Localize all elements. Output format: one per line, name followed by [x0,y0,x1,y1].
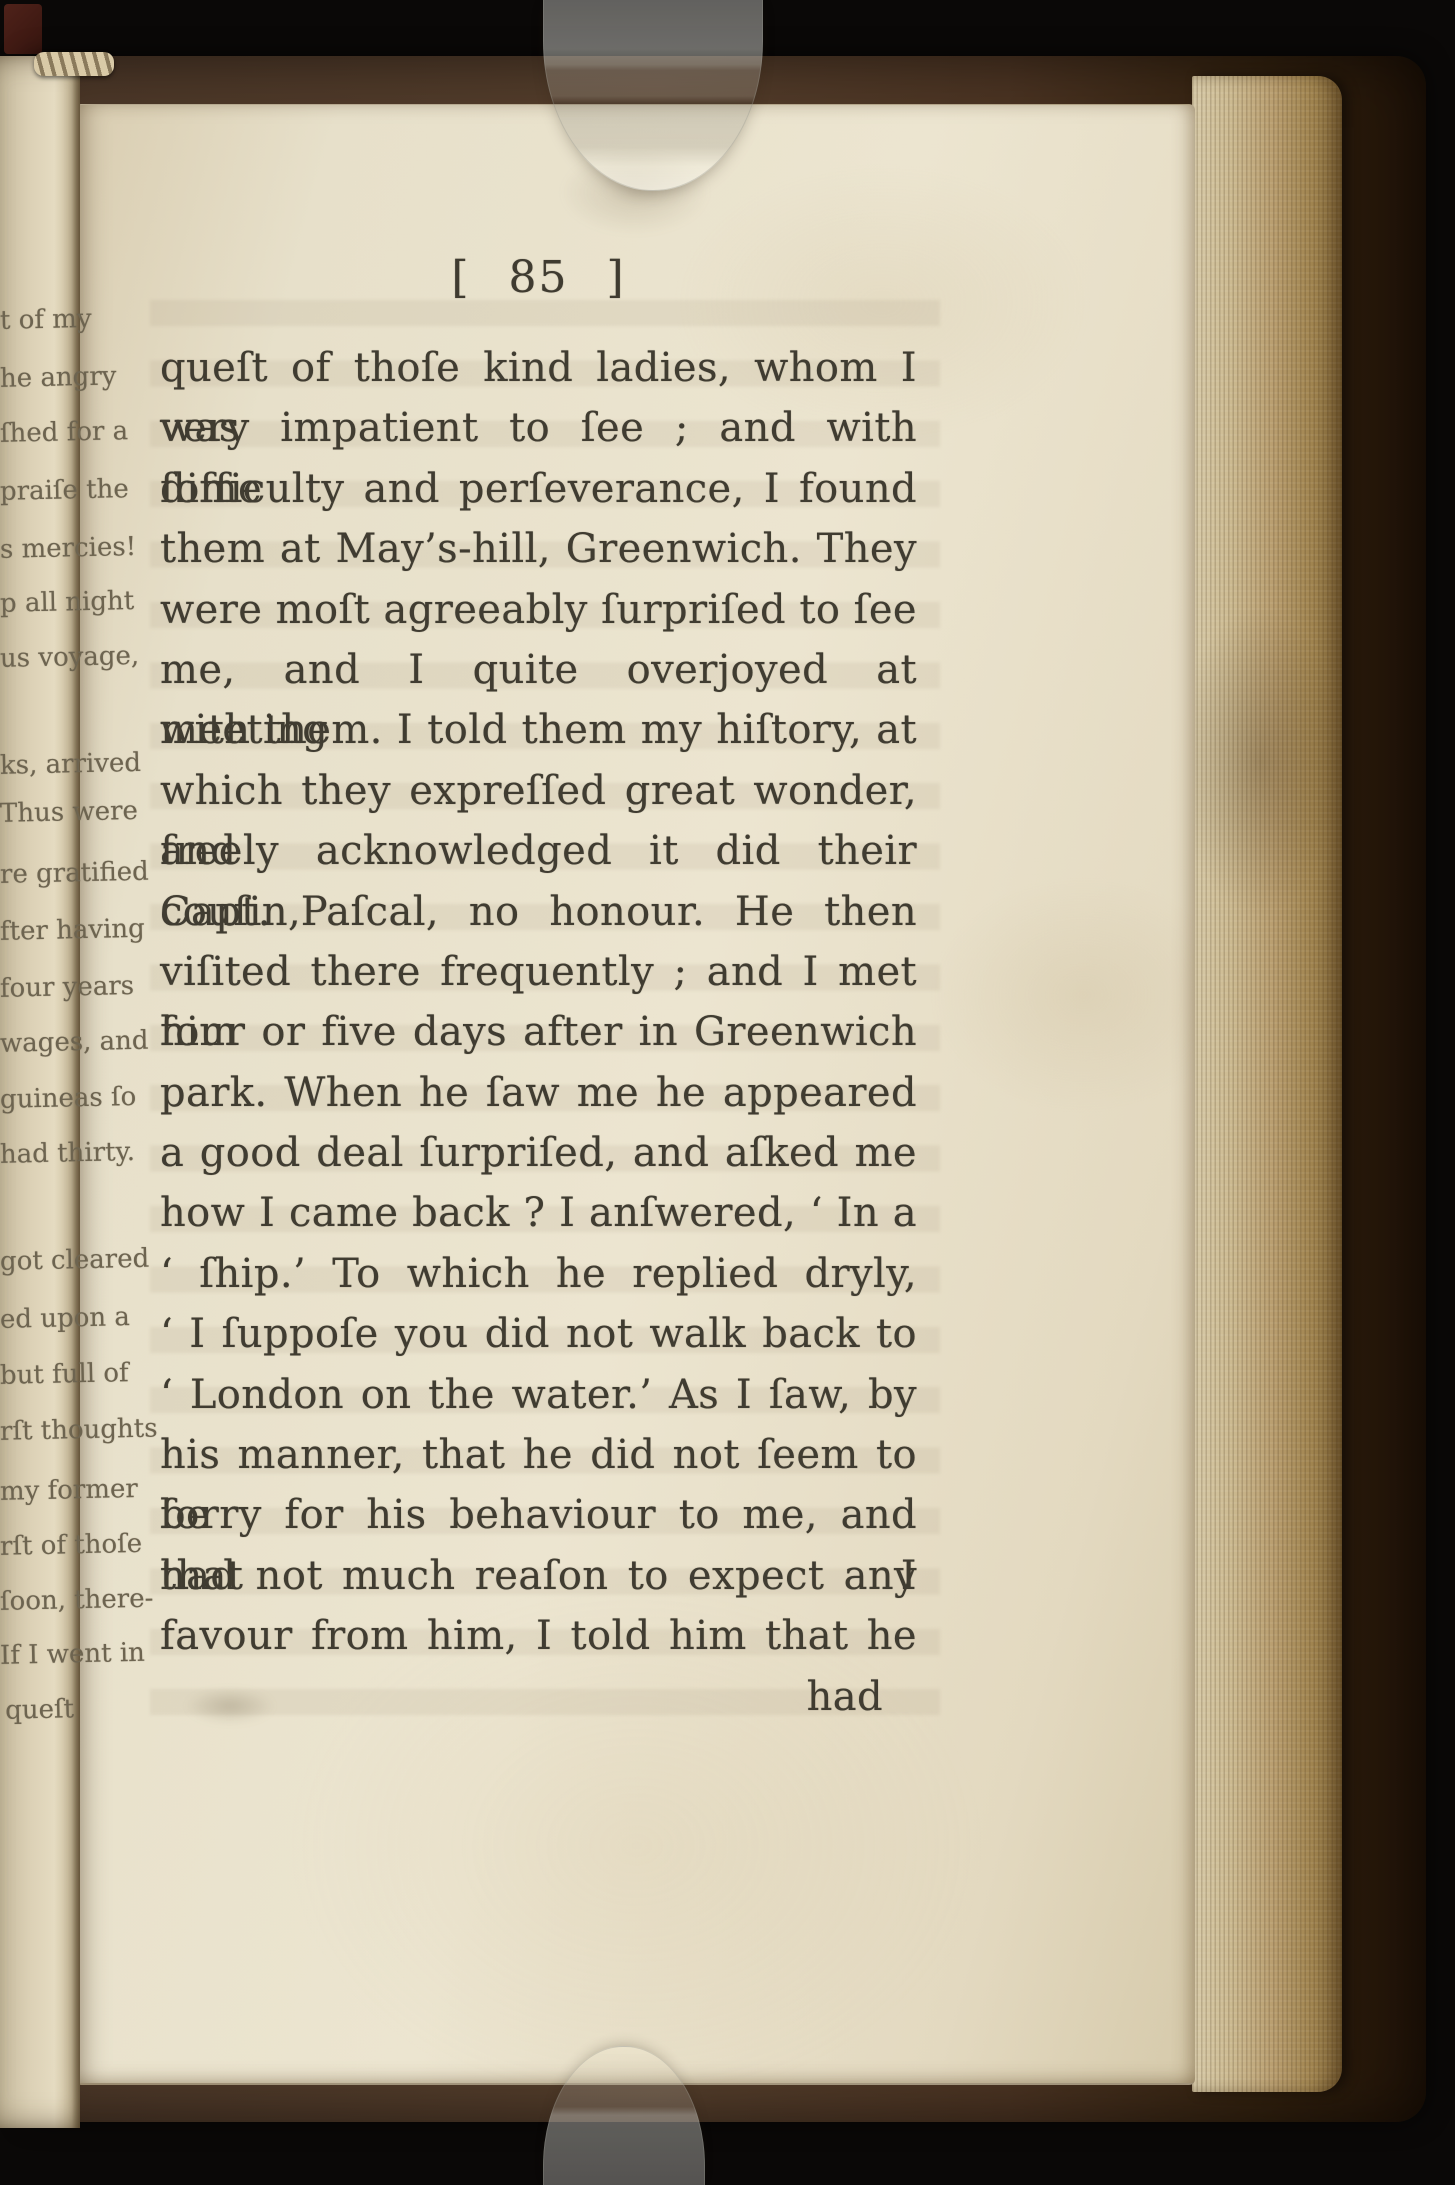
text-line: freely acknowledged it did their couſin, [160,821,917,881]
facing-page-text-fragment: praiſe the [0,477,78,505]
text-line: four or five days after in Greenwich [160,1002,917,1062]
facing-page-text-fragment: Thus were [0,799,78,827]
text-line: queſt of thoſe kind ladies, whom I was [160,338,917,398]
text-line: a good deal ſurpriſed, and aſked me [160,1123,917,1183]
facing-page-text-fragment: rſt of thoſe [0,1532,78,1560]
page-number-header: [ 85 ] [160,252,917,303]
text-line: which they expreſſed great wonder, and [160,761,917,821]
facing-page-text-fragment: t of my [0,306,78,334]
facing-page-text-fragment: queſt [0,1696,78,1724]
text-line: favour from him, I told him that he [160,1606,917,1666]
text-line: were moſt agreeably ſurpriſed to ſee [160,580,917,640]
facing-page-text-fragment: got cleared [0,1247,78,1275]
page-text: queſt of thoſe kind ladies, whom I was v… [160,338,917,1727]
text-line: them at May’s-hill, Greenwich. They [160,519,917,579]
facing-page-text-fragment: re gratified [0,860,78,888]
text-line: very impatient to ſee ; and with ſome [160,398,917,458]
facing-page-text-fragment: ks, arrived [0,751,78,779]
facing-page-text-fragment: but full of [0,1361,78,1389]
text-line: ‘ London on the water.’ As I ſaw, by [160,1365,917,1425]
text-line: with them. I told them my hiſtory, at [160,700,917,760]
cover-corner [4,4,42,54]
facing-page-text-fragment: p all night [0,589,78,617]
text-line: his manner, that he did not ſeem to be [160,1425,917,1485]
text-line: me, and I quite overjoyed at meeting [160,640,917,700]
text-line: had not much reaſon to expect any [160,1546,917,1606]
facing-page-text-fragment: had thirty. [0,1140,78,1168]
facing-page-text-fragment: ſhed for a [0,419,78,447]
text-line: ſorry for his behaviour to me, and that … [160,1485,917,1545]
facing-page-text-fragment: ed upon a [0,1305,78,1333]
page-edge-stack [1192,76,1342,2092]
catchword: had [160,1667,917,1727]
facing-page-text-fragment: ſoon, there- [0,1587,78,1615]
facing-page-text-fragment: he angry [0,364,78,392]
facing-page-text-fragment: my former [0,1477,78,1505]
text-line: ‘ I ſuppoſe you did not walk back to [160,1304,917,1364]
text-line: difficulty and perſeverance, I found [160,459,917,519]
facing-page-text-fragment: wages, and [0,1029,78,1057]
facing-page-text-fragment: four years [0,974,78,1002]
text-line: Capt. Paſcal, no honour. He then [160,882,917,942]
facing-page-text-fragment: s mercies! [0,535,78,563]
text-line: ‘ ſhip.’ To which he replied dryly, [160,1244,917,1304]
facing-page-text-fragment: us voyage, [0,644,78,672]
facing-page-text-fragment: rſt thoughts [0,1417,78,1445]
headband [34,52,114,76]
text-line: how I came back ? I anſwered, ‘ In a [160,1183,917,1243]
text-line: park. When he ſaw me he appeared [160,1063,917,1123]
facing-page-text-fragment: If I went in [0,1641,78,1669]
book-photograph: [ 85 ] queſt of thoſe kind ladies, whom … [0,0,1455,2185]
text-line: viſited there frequently ; and I met him [160,942,917,1002]
facing-page-text-fragment: fter having [0,917,78,945]
facing-page-text-fragment: guineas ſo [0,1085,78,1113]
